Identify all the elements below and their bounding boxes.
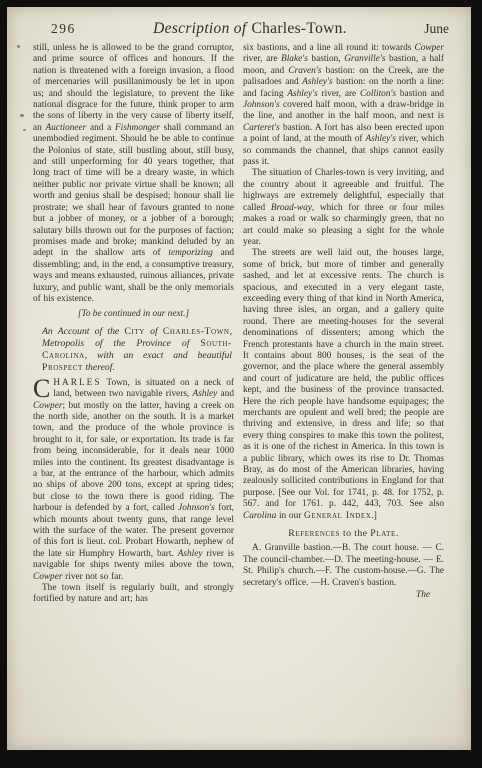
running-title: Description ofCharles-Town. (76, 20, 425, 38)
ink-speck (23, 129, 26, 131)
paragraph-charles-town-situated: CHARLES Town, is situated on a neck of l… (33, 378, 234, 583)
paragraph-charles-town-text: Town, is situated on a neck of land, bet… (33, 378, 234, 582)
first-word-capitals: HARLES (53, 378, 101, 388)
running-title-roman: Charles-Town. (251, 20, 346, 37)
left-column: still, unless he is allowed to be the gr… (33, 43, 234, 606)
article-heading: An Account of the City of Charles-Town, … (42, 326, 232, 374)
continuation-notice: [To be continued in our next.] (33, 309, 234, 320)
drop-cap-letter: C (33, 378, 53, 399)
references-heading: References to the Plate. (243, 528, 444, 539)
references-body: A. Granville bastion.—B. The court house… (243, 543, 444, 589)
paragraph-situation: The situation of Charles-town is very in… (243, 168, 444, 248)
paragraph-polonius-of-state: still, unless he is allowed to be the gr… (33, 43, 234, 305)
ink-speck (20, 114, 24, 117)
paper-sheet: 296 Description ofCharles-Town. June sti… (7, 7, 471, 750)
catchword: The (243, 590, 430, 601)
text-columns: still, unless he is allowed to be the gr… (33, 43, 453, 606)
issue-month: June (424, 21, 449, 37)
page-header: 296 Description ofCharles-Town. June (33, 20, 453, 38)
right-column: six bastions, and a line all round it: t… (243, 43, 444, 606)
scanned-magazine-page: 296 Description ofCharles-Town. June sti… (0, 0, 482, 768)
page-number: 296 (51, 21, 76, 37)
ink-speck (17, 45, 20, 48)
paragraph-streets-library: The streets are well laid out, the house… (243, 248, 444, 522)
running-title-italic: Description of (153, 20, 246, 37)
paragraph-town-fortified: The town itself is regularly built, and … (33, 583, 234, 606)
paragraph-bastions: six bastions, and a line all round it: t… (243, 43, 444, 168)
